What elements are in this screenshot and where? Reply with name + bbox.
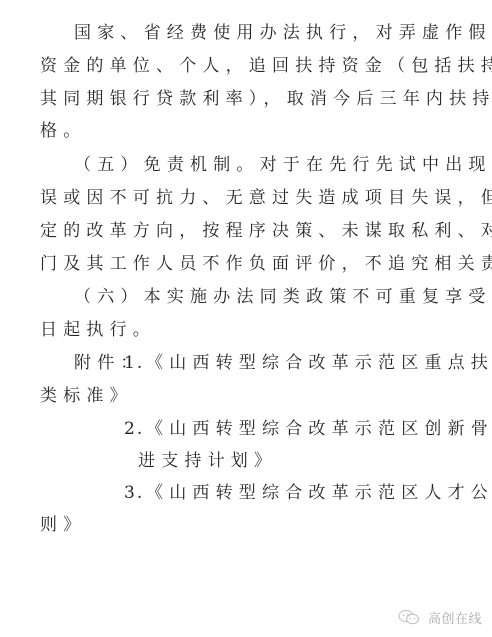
text-line: （六）本实施办法同类政策不可重复享受，自发布之 — [74, 281, 492, 314]
text-line: 门及其工作人员不作负面评价，不追究相关责任。 — [40, 248, 492, 281]
text-line: 格。 — [40, 115, 86, 148]
attachment-number: 3. — [124, 477, 144, 510]
text-line: 资金的单位、个人，追回扶持资金（包括扶持资金本金及 — [40, 50, 492, 83]
attachment-title: 《山西转型综合改革示范区人才公寓实施细 — [146, 477, 492, 510]
attachment-title: 进支持计划》 — [138, 445, 277, 478]
text-line: 其同期银行贷款利率），取消今后三年内扶持资金申报资 — [40, 83, 492, 116]
text-line: 日起执行。 — [40, 314, 156, 347]
text-line: 误或因不可抗力、无意过失造成项目失误，但符合国家确 — [40, 182, 492, 215]
attachment-title: 《山西转型综合改革示范区重点扶持人才分 — [146, 347, 492, 380]
attachment-number: 2. — [124, 413, 144, 446]
wechat-icon — [398, 609, 420, 625]
attachment-title: 类标准》 — [40, 380, 133, 413]
attachment-number: 1. — [124, 347, 144, 380]
text-line: （五）免责机制。对于在先行先试中出现的探索性失 — [74, 149, 492, 182]
attachment-title: 《山西转型综合改革示范区创新骨干人才引 — [146, 413, 492, 446]
text-line: 定的改革方向，按程序决策、未谋取私利、对业务主管部 — [40, 215, 492, 248]
watermark-text: 高创在线 — [428, 608, 482, 627]
watermark: 高创在线 — [398, 606, 482, 628]
document-page: 国家、省经费使用办法执行，对弄虚作假等违规使用 资金的单位、个人，追回扶持资金（… — [0, 0, 492, 637]
text-line: 国家、省经费使用办法执行，对弄虚作假等违规使用 — [74, 17, 492, 50]
attachment-title: 则》 — [40, 509, 86, 542]
